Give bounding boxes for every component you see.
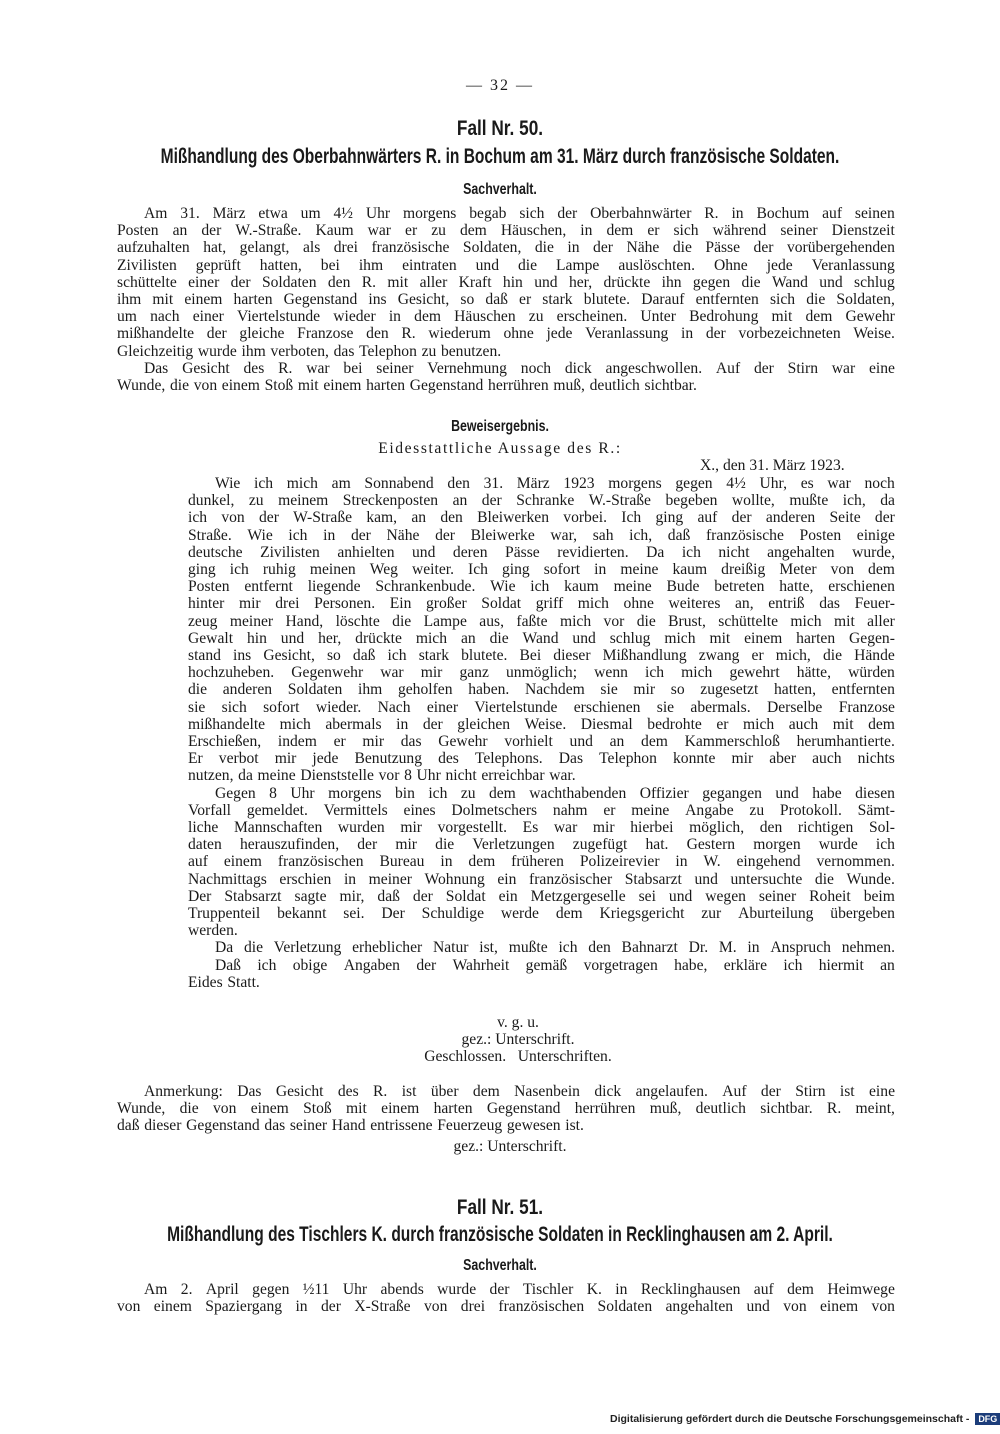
text-line: Wunde,dievoneinemStoßmiteinemhartenGegen…: [117, 1100, 895, 1117]
statement-p3: DadieVerletzungerheblicherNaturist,mußte…: [188, 939, 895, 956]
case-51-number: Fall Nr. 51.: [90, 1196, 910, 1220]
text-line: Am2.Aprilgegen½11UhrabendswurdederTischl…: [117, 1281, 895, 1298]
text-line: datenherauszufinden,dermirdieVerletzunge…: [188, 836, 895, 853]
case-50-note-text: Anmerkung:DasGesichtdesR.istüberdemNasen…: [117, 1083, 895, 1135]
case-50-facts: Am31.Märzetwaum4½UhrmorgensbegabsichderO…: [117, 205, 895, 394]
case-50-facts-heading: Sachverhalt.: [100, 181, 900, 199]
case-51-title: Mißhandlung des Tischlers K. durch franz…: [130, 1223, 870, 1247]
text-line: schüttelteeinerderSoldatendenR.mitallerK…: [117, 274, 895, 291]
case-50-title: Mißhandlung des Oberbahnwärters R. in Bo…: [130, 145, 870, 169]
text-line: deutscheZivilistenanhieltenundderenPässe…: [188, 544, 895, 561]
text-line: Erschießen,indemermirdasGewehrvorhieltun…: [188, 733, 895, 750]
case-50-facts-p2: DasGesichtdesR.warbeiseinerVernehmungnoc…: [117, 360, 895, 394]
note-signature: gez.: Unterschrift.: [10, 1138, 1000, 1156]
text-line: dunkel,zumeinemStreckenpostenanderSchran…: [188, 492, 895, 509]
text-line: aufzuhaltenhat,gelangt,alsdreifranzösisc…: [117, 239, 895, 256]
text-line: zeugmeinerHand,löschtedieLampeaus,faßtem…: [188, 613, 895, 630]
case-50-evidence-heading: Beweisergebnis.: [100, 418, 900, 436]
text-line: Zivilistengeprüfthatten,beiihmeintratenu…: [117, 257, 895, 274]
signoff-closed: Geschlossen. Unterschriften.: [18, 1048, 1000, 1066]
statement-p2: Gegen8Uhrmorgensbinichzudemwachthabenden…: [188, 785, 895, 940]
text-line: Wunde,dievoneinemStoßmiteinemhartenGegen…: [117, 377, 895, 394]
text-line: hochzuheben.Gegenwehrwarmirganzunmöglich…: [188, 664, 895, 681]
case-50-note: Anmerkung:DasGesichtdesR.istüberdemNasen…: [117, 1083, 895, 1135]
statement-p1: WieichmichamSonnabendden31.März1923morge…: [188, 475, 895, 785]
text-line: mißhandeltemichabermalsindergleichenWeis…: [188, 716, 895, 733]
statement: WieichmichamSonnabendden31.März1923morge…: [188, 475, 895, 991]
text-line: DaßichobigeAngabenderWahrheitgemäßvorget…: [188, 957, 895, 974]
case-50-number: Fall Nr. 50.: [90, 117, 910, 141]
case-51-facts: Am2.Aprilgegen½11UhrabendswurdederTischl…: [117, 1281, 895, 1315]
text-line: ihmmiteinemhartenGegenstandinsGesicht,so…: [117, 291, 895, 308]
text-line: WieichmichamSonnabendden31.März1923morge…: [188, 475, 895, 492]
signoff-vgu: v. g. u.: [18, 1014, 1000, 1032]
text-line: siesichsofortwieder.NacheinerViertelstun…: [188, 699, 895, 716]
statement-heading: Eidesstattliche Aussage des R.:: [0, 440, 1000, 458]
signoff-signature: gez.: Unterschrift.: [18, 1031, 1000, 1049]
text-line: nutzen,dameineDienststellevor8Uhrnichter…: [188, 767, 895, 784]
text-line: hintermirdreiPersonen.EingroßerSoldatgri…: [188, 595, 895, 612]
text-line: Straße.WieichinderNähederBleiwerkewar,sa…: [188, 527, 895, 544]
text-line: voneinemSpazierganginderX-Straßevondreif…: [117, 1298, 895, 1315]
text-line: DadieVerletzungerheblicherNaturist,mußte…: [188, 939, 895, 956]
text-line: werden.: [188, 922, 895, 939]
footer-text: Digitalisierung gefördert durch die Deut…: [610, 1413, 969, 1425]
case-51-facts-heading: Sachverhalt.: [100, 1257, 900, 1275]
text-line: daßdieserGegenstanddasseinerHandentrisse…: [117, 1117, 895, 1134]
statement-date: X., den 31. März 1923.: [700, 457, 845, 475]
text-line: dieanderenSoldatenihmgeholfenhaben.Nachd…: [188, 681, 895, 698]
footer-credit: Digitalisierung gefördert durch die Deut…: [610, 1413, 1000, 1425]
text-line: Vorfallgemeldet.VermittelseinesDolmetsch…: [188, 802, 895, 819]
text-line: Gegen8Uhrmorgensbinichzudemwachthabenden…: [188, 785, 895, 802]
text-line: Gleichzeitigwurdeihmverboten,dasTelephon…: [117, 343, 895, 360]
text-line: mißhandeltedergleicheFranzosedenR.wieder…: [117, 325, 895, 342]
text-line: licheMannschaftenwurdenmirvorgestellt.Es…: [188, 819, 895, 836]
text-line: PostenanderW.-Straße.KaumwarerzudemHäusc…: [117, 222, 895, 239]
text-line: Am31.Märzetwaum4½UhrmorgensbegabsichderO…: [117, 205, 895, 222]
text-line: umnacheinerViertelstundewiederindemHäusc…: [117, 308, 895, 325]
dfg-logo-icon: DFG: [975, 1413, 1000, 1425]
case-51-facts-p1: Am2.Aprilgegen½11UhrabendswurdederTischl…: [117, 1281, 895, 1315]
text-line: ErverbotmirjedeBenutzungdesTelephons.Das…: [188, 750, 895, 767]
text-line: PostenentferntliegendeSchrankenbude.Wiei…: [188, 578, 895, 595]
text-line: gingichruhigmeinenWegweiter.Ichgingsofor…: [188, 561, 895, 578]
text-line: standinsGesicht,sodaßichstarkblutete.Bei…: [188, 647, 895, 664]
text-line: EidesStatt.: [188, 974, 895, 991]
text-line: Anmerkung:DasGesichtdesR.istüberdemNasen…: [117, 1083, 895, 1100]
text-line: Gewalthinundher,drücktemichandieWandunds…: [188, 630, 895, 647]
text-line: Truppenteilbekanntsei.DerSchuldigewerded…: [188, 905, 895, 922]
case-50-facts-p1: Am31.Märzetwaum4½UhrmorgensbegabsichderO…: [117, 205, 895, 360]
statement-p4: DaßichobigeAngabenderWahrheitgemäßvorget…: [188, 957, 895, 991]
text-line: NachmittagserschieninmeinerWohnungeinfra…: [188, 871, 895, 888]
text-line: aufeinemfranzösischenBureauindemfrüheren…: [188, 853, 895, 870]
text-line: ichvonderW-Straßekam,andenBleiwerkenvorb…: [188, 509, 895, 526]
text-line: DerStabsarztsagtemir,daßderSoldateinMetz…: [188, 888, 895, 905]
page-number: — 32 —: [0, 77, 1000, 95]
text-line: DasGesichtdesR.warbeiseinerVernehmungnoc…: [117, 360, 895, 377]
